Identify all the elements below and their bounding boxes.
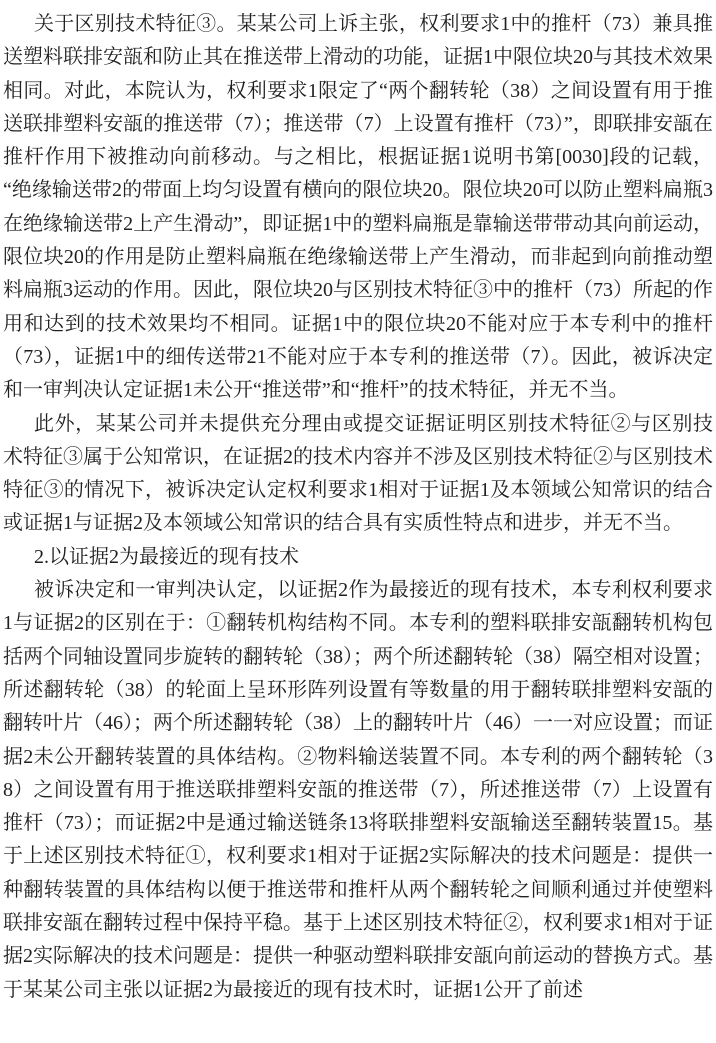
paragraph-heading-evidence2-closest-prior-art: 2.以证据2为最接近的现有技术 <box>3 541 713 574</box>
judgment-text-block: 关于区别技术特征③。某某公司上诉主张，权利要求1中的推杆（73）兼具推送塑料联排… <box>3 8 713 1007</box>
paragraph-evidence2-analysis: 被诉决定和一审判决认定，以证据2作为最接近的现有技术，本专利权利要求1与证据2的… <box>3 574 713 1007</box>
paragraph-distinguishing-feature-3: 关于区别技术特征③。某某公司上诉主张，权利要求1中的推杆（73）兼具推送塑料联排… <box>3 8 713 408</box>
paragraph-common-knowledge-argument: 此外，某某公司并未提供充分理由或提交证据证明区别技术特征②与区别技术特征③属于公… <box>3 408 713 541</box>
document-page: 关于区别技术特征③。某某公司上诉主张，权利要求1中的推杆（73）兼具推送塑料联排… <box>0 0 716 1043</box>
